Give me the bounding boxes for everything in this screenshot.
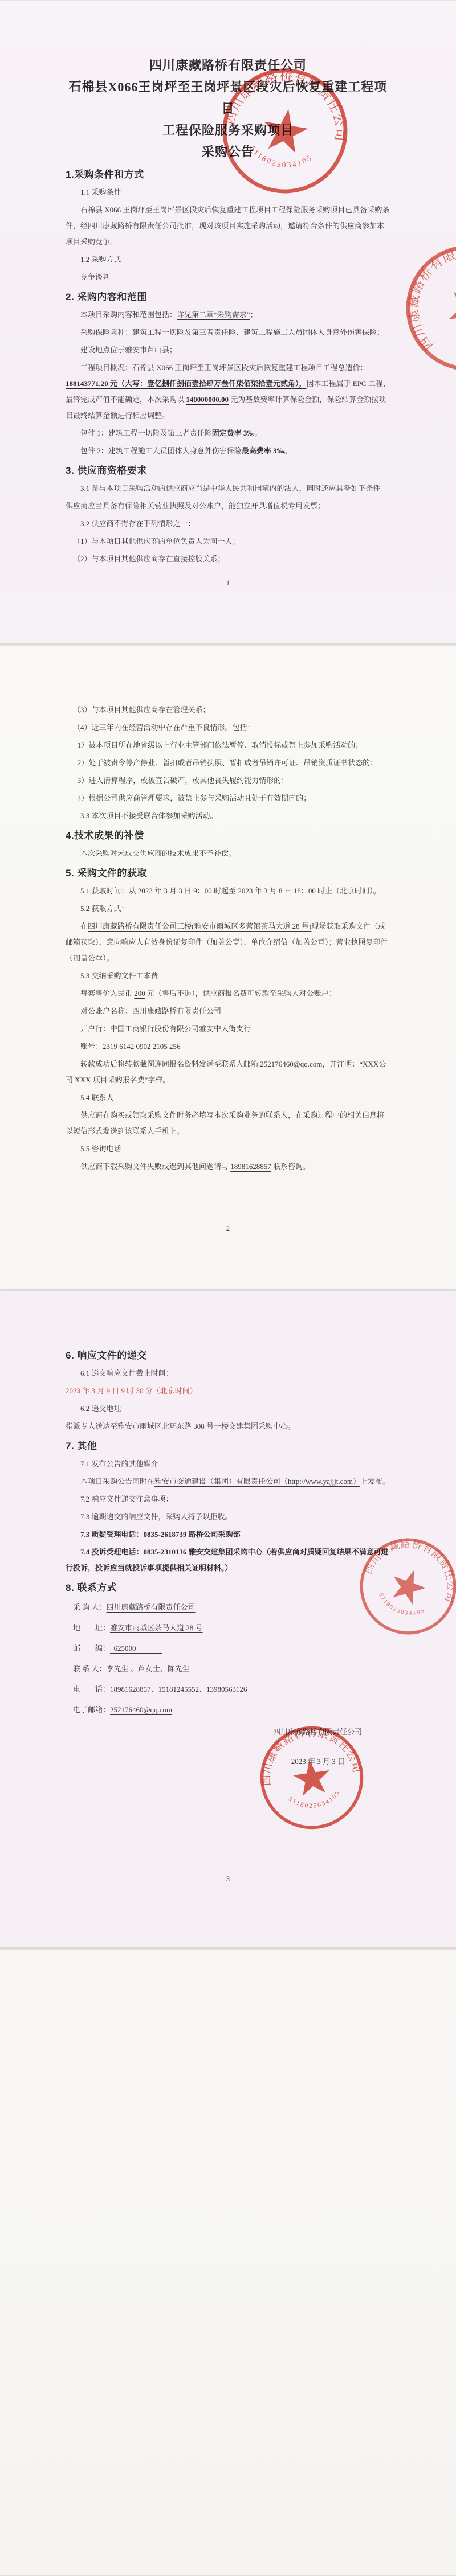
- document-page-4: [0, 1950, 456, 2575]
- text-segment: 日 18：00 时止（北京时间）。: [282, 887, 380, 895]
- text-segment: 联 系 人：: [73, 1664, 107, 1673]
- text-segment: 3）进入清算程序，或被宣告破产，或其他丧失履约能力情形的；: [78, 776, 289, 785]
- text-segment: 本次采购对未成交供应商的技术成果不予补偿。: [80, 849, 236, 858]
- text-segment: 李先生 、芦女士、陈先生: [107, 1664, 190, 1673]
- text-segment: 2. 采购内容和范围: [66, 292, 147, 302]
- doc-item2: 3）进入清算程序，或被宣告破产，或其他丧失履约能力情形的；: [66, 773, 390, 789]
- text-segment: 建设地点位于: [80, 346, 125, 354]
- scanned-document: 四川康藏路桥有限责任公司石棉县X066王岗坪至王岗坪景区段灾后恢复重建工程项目工…: [0, 0, 456, 2576]
- text-segment: 2023 年 3 月 3 日: [291, 1757, 345, 1766]
- text-segment: 雅安市雨城区茶马大道 28 号: [110, 1623, 203, 1632]
- text-segment: 四川康藏路桥有限责任公司: [273, 1728, 362, 1736]
- text-segment: 四川康藏路桥有限责任公司三楼(雅安市雨城区多营镇茶马大道 28 号): [88, 922, 311, 930]
- doc-line: 1.1 采购条件: [66, 184, 390, 200]
- doc-flush: 2023 年 3 月 9 日 9 时 30 分（北京时间）: [66, 1383, 390, 1399]
- text-segment: 雅安市芦山县: [125, 346, 169, 354]
- text-segment: 联系咨询。: [271, 1162, 310, 1171]
- page-number: 1: [0, 579, 456, 588]
- doc-para: 在四川康藏路桥有限责任公司三楼(雅安市雨城区多营镇茶马大道 28 号)现场获取采…: [66, 918, 390, 966]
- text-segment: 7.1 发布公告的其他媒介: [80, 1459, 158, 1468]
- doc-contact: 采 购 人：四川康藏路桥有限责任公司: [66, 1598, 390, 1617]
- text-segment: 转款成功后将转款截图连同报名资料发送至联系人邮箱 252176460@qq.co…: [66, 1060, 386, 1084]
- doc-para: 3.1 参与本项目采购活动的供应商应当是中华人民共和国境内的法人，同时还应具备如…: [66, 481, 390, 497]
- signature-date: 2023 年 3 月 3 日: [66, 1753, 390, 1770]
- text-segment: 四川康藏路桥有限责任公司: [149, 58, 307, 72]
- doc-para: 工程项目概况：石棉县 X066 王岗坪至王岗坪景区段灾后恢复重建工程项目工程总造…: [66, 360, 390, 424]
- doc-line: 6.2 递交地址: [66, 1401, 390, 1417]
- doc-line: 3.3 本次项目不接受联合体参加采购活动。: [66, 808, 390, 824]
- text-segment: 7.4 投诉受理电话：0835-2310136 雅安交建集团采购中心（若供应商对…: [66, 1548, 389, 1572]
- doc-h2: 8. 联系方式: [66, 1580, 390, 1595]
- text-segment: 1.1 采购条件: [80, 188, 121, 196]
- text-segment: 625000: [110, 1644, 162, 1652]
- text-segment: 月: [168, 887, 179, 895]
- doc-para: 本项目采购公告同时在雅安市交通建设（集团）有限责任公司（http://www.y…: [66, 1474, 390, 1490]
- text-segment: 指派专人送达至: [66, 1422, 117, 1430]
- text-segment: 1.2 采购方式: [80, 255, 121, 264]
- text-segment: 年: [153, 887, 164, 895]
- doc-para: 转款成功后将转款截图连同报名资料发送至联系人邮箱 252176460@qq.co…: [66, 1056, 390, 1088]
- text-segment: 本项目采购内容和范围包括：: [80, 310, 177, 319]
- doc-line: 采购保险险种：建筑工程一切险及第三者责任险、建筑工程施工人员团体人身意外伤害保险…: [66, 325, 390, 341]
- doc-para: 供应商在购买或领取采购文件时务必填写本次采购业务的联系人，在采购过程中的相关信息…: [66, 1107, 390, 1139]
- text-segment: 2023: [238, 887, 253, 895]
- text-segment: 工程保险服务采购项目: [162, 123, 294, 137]
- doc-para: 石棉县 X066 王岗坪至王岗坪景区段灾后恢复重建工程项目工程保险服务采购项目已…: [66, 202, 390, 250]
- doc-item2: 4）根据公司供应商管理要求，被禁止参与采购活动且处于有效期内的；: [66, 790, 390, 806]
- doc-title-project: 石棉县X066王岗坪至王岗坪景区段灾后恢复重建工程项目: [66, 76, 390, 120]
- doc-line: 竞争谈判: [66, 269, 390, 285]
- doc-line: 7.2 响应文件递交注意事项：: [66, 1491, 390, 1507]
- text-segment: 采购保险险种：建筑工程一切险及第三者责任险、建筑工程施工人员团体人身意外伤害保险…: [80, 328, 384, 337]
- doc-item2: 1）被本项目所在地省级以上行业主管部门依法暂停、取消投标或禁止参加采购活动的；: [66, 737, 390, 753]
- doc-line: 7.3 逾期递交的响应文件，采购人将予以拒收。: [66, 1509, 390, 1525]
- doc-contact: 地 址：雅安市雨城区茶马大道 28 号: [66, 1618, 390, 1637]
- doc-line: 建设地点位于雅安市芦山县；: [66, 342, 390, 358]
- text-segment: 5.1 获取时间：从: [80, 887, 138, 895]
- doc-item: （2）与本项目其他供应商存在直接控股关系；: [66, 551, 390, 567]
- doc-h2: 2. 采购内容和范围: [66, 289, 390, 305]
- text-segment: 5.2 获取方式：: [80, 904, 129, 913]
- doc-line: 5.2 获取方式：: [66, 901, 390, 917]
- text-segment: 8. 联系方式: [66, 1582, 117, 1593]
- text-segment: 7.3 质疑受理电话：0835-2618739 路桥公司采购部: [80, 1530, 241, 1539]
- text-segment: 邮 编：: [73, 1644, 110, 1652]
- text-segment: ；: [255, 429, 262, 437]
- text-segment: 元（售后不退），供应商报名费可转款至采购人对公账户：: [145, 989, 336, 998]
- doc-h2: 4.技术成果的补偿: [66, 828, 390, 843]
- doc-flush: 供应商应当具备有保险相关营业执照及对公账户，能独立开具增值税专用发票；: [66, 498, 390, 514]
- doc-line: 1.2 采购方式: [66, 252, 390, 268]
- text-segment: （1）与本项目其他供应商的单位负责人为同一人；: [73, 537, 240, 545]
- doc-line: 开户行：中国工商银行股份有限公司雅安中大街支行: [66, 1021, 390, 1037]
- text-segment: 上发布。: [360, 1477, 390, 1486]
- doc-contact: 电子邮箱：252176460@qq.com: [66, 1700, 390, 1719]
- text-segment: 140000000.00: [186, 395, 229, 404]
- text-segment: 5. 采购文件的获取: [66, 868, 147, 879]
- text-segment: 200: [134, 989, 145, 998]
- text-segment: 包件 1：建筑工程一切险及第三者责任险: [80, 429, 212, 437]
- doc-item: （4）近三年内在经营活动中存在严重不良情形。包括：: [66, 720, 390, 736]
- text-segment: 包件 2：建筑工程施工人员团体人身意外伤害保险: [80, 446, 242, 455]
- doc-line: 包件 2：建筑工程施工人员团体人身意外伤害保险最高费率 3‰。: [66, 443, 390, 459]
- doc-h2: 6. 响应文件的递交: [66, 1348, 390, 1363]
- text-segment: 在: [80, 922, 88, 930]
- doc-line: 每套售价人民币 200 元（售后不退），供应商报名费可转款至采购人对公账户：: [66, 986, 390, 1002]
- doc-line: 7.1 发布公告的其他媒介: [66, 1456, 390, 1472]
- text-segment: 对公账户名称：四川康藏路桥有限责任公司: [80, 1007, 221, 1015]
- doc-line: 5.3 交纳采购文件工本费: [66, 968, 390, 984]
- text-segment: 日 9：00 时起至: [182, 887, 238, 895]
- text-segment: 4.技术成果的补偿: [66, 830, 144, 841]
- text-segment: 采购公告: [202, 145, 254, 159]
- text-segment: 开户行：中国工商银行股份有限公司雅安中大街支行: [80, 1024, 251, 1033]
- text-segment: 供应商下载采购文件失败或遇到其他问题请与: [80, 1162, 230, 1171]
- doc-line: 账号：2319 6142 0902 2105 256: [66, 1039, 390, 1055]
- text-segment: 5.3 交纳采购文件工本费: [80, 971, 158, 980]
- text-segment: 电 话：: [73, 1685, 110, 1693]
- text-segment: （4）近三年内在经营活动中存在严重不良情形。包括：: [73, 723, 255, 732]
- doc-line: 包件 1：建筑工程一切险及第三者责任险固定费率 3‰；: [66, 425, 390, 441]
- text-segment: 2023: [138, 887, 153, 895]
- doc-contact: 联 系 人：李先生 、芦女士、陈先生: [66, 1659, 390, 1678]
- text-segment: 每套售价人民币: [80, 989, 134, 998]
- text-segment: 竞争谈判: [80, 273, 110, 281]
- text-segment: 7.3 逾期递交的响应文件，采购人将予以拒收。: [80, 1512, 233, 1521]
- text-segment: 3.3 本次项目不接受联合体参加采购活动。: [80, 811, 218, 820]
- text-segment: 2）处于被责令停产停业、暂扣或者吊销执照、暂扣或者吊销许可证、吊销资质证书状态的…: [78, 758, 378, 767]
- text-segment: 7. 其他: [66, 1441, 97, 1451]
- document-page-1: 四川康藏路桥有限责任公司石棉县X066王岗坪至王岗坪景区段灾后恢复重建工程项目工…: [0, 1, 456, 643]
- text-segment: 18981628857: [230, 1162, 271, 1171]
- doc-contact: 邮 编： 625000: [66, 1639, 390, 1658]
- text-segment: 3. 供应商资格要求: [66, 465, 147, 476]
- text-segment: 3.2 供应商不得存在下列情形之一：: [80, 519, 196, 528]
- doc-line: 对公账户名称：四川康藏路桥有限责任公司: [66, 1003, 390, 1019]
- text-segment: ；: [169, 346, 177, 354]
- text-segment: 本项目采购公告同时在: [80, 1477, 154, 1486]
- signature-company: 四川康藏路桥有限责任公司: [66, 1724, 390, 1741]
- text-segment: 采 购 人：: [73, 1603, 107, 1611]
- page-number: 2: [0, 1225, 456, 1233]
- text-segment: （3）与本项目其他供应商存在管理关系；: [73, 705, 210, 714]
- doc-contact: 电 话：18981628857、15181245552、13980563126: [66, 1680, 390, 1699]
- text-segment: 1）被本项目所在地省级以上行业主管部门依法暂停、取消投标或禁止参加采购活动的；: [78, 741, 363, 749]
- text-segment: 7.2 响应文件递交注意事项：: [80, 1495, 173, 1503]
- document-page-3: 6. 响应文件的递交6.1 递交响应文件截止时间：2023 年 3 月 9 日 …: [0, 1291, 456, 1947]
- text-segment: 18981628857、15181245552、13980563126: [110, 1685, 247, 1693]
- doc-line: 5.1 获取时间：从 2023 年 3 月 3 日 9：00 时起至 2023 …: [66, 883, 390, 899]
- text-segment: 供应商在购买或领取采购文件时务必填写本次采购业务的联系人，在采购过程中的相关信息…: [66, 1111, 384, 1135]
- page-number: 3: [0, 1875, 456, 1884]
- text-segment: 5.4 联系人: [80, 1093, 114, 1102]
- text-segment: （北京时间）: [153, 1387, 197, 1395]
- text-segment: 5.5 咨询电话: [80, 1145, 121, 1153]
- text-segment: 最高费率 3‰: [242, 446, 284, 455]
- doc-line: 本项目采购内容和范围包括：详见第二章“采购需求”；: [66, 307, 390, 323]
- doc-line: 3.2 供应商不得存在下列情形之一：: [66, 516, 390, 532]
- text-segment: 四川康藏路桥有限责任公司: [107, 1603, 196, 1611]
- doc-item: （1）与本项目其他供应商的单位负责人为同一人；: [66, 534, 390, 549]
- text-segment: 188143771.20 元（大写：壹亿捌仟捌佰壹拾肆万叁仟柒佰柒拾壹元贰角），: [66, 379, 307, 388]
- text-segment: 地 址：: [73, 1623, 110, 1632]
- text-segment: 工程项目概况：石棉县 X066 王岗坪至王岗坪景区段灾后恢复重建工程项目工程总造…: [80, 363, 367, 372]
- doc-line: 5.4 联系人: [66, 1090, 390, 1106]
- doc-title-type: 采购公告: [66, 141, 390, 163]
- doc-h2: 5. 采购文件的获取: [66, 865, 390, 881]
- doc-item: （3）与本项目其他供应商存在管理关系；: [66, 702, 390, 718]
- doc-line: 7.3 质疑受理电话：0835-2618739 路桥公司采购部: [66, 1527, 390, 1543]
- doc-flush: 指派专人送达至雅安市雨城区北环东路 308 号一楼交建集团采购中心。: [66, 1418, 390, 1434]
- text-segment: 雅安市交通建设（集团）有限责任公司（http://www.yajjjt.com）: [154, 1477, 360, 1486]
- text-segment: 6.1 递交响应文件截止时间：: [80, 1369, 173, 1377]
- text-segment: 。: [284, 446, 292, 455]
- doc-h2: 1.采购条件和方式: [66, 167, 390, 182]
- doc-h2: 3. 供应商资格要求: [66, 463, 390, 478]
- text-segment: 石棉县X066王岗坪至王岗坪景区段灾后恢复重建工程项目: [69, 80, 388, 116]
- text-segment: ；: [250, 310, 258, 319]
- text-segment: 雅安市雨城区北环东路 308 号一楼交建集团采购中心。: [117, 1422, 295, 1430]
- text-segment: 供应商应当具备有保险相关营业执照及对公账户，能独立开具增值税专用发票；: [66, 502, 325, 510]
- text-segment: 电子邮箱：: [73, 1705, 110, 1714]
- text-segment: 1.采购条件和方式: [66, 169, 144, 180]
- doc-para: 7.4 投诉受理电话：0835-2310136 雅安交建集团采购中心（若供应商对…: [66, 1544, 390, 1576]
- doc-line: 本次采购对未成交供应商的技术成果不予补偿。: [66, 846, 390, 862]
- text-segment: 4）根据公司供应商管理要求，被禁止参与采购活动且处于有效期内的；: [78, 794, 311, 802]
- text-segment: （2）与本项目其他供应商存在直接控股关系；: [73, 555, 225, 563]
- text-segment: 6.2 递交地址: [80, 1404, 121, 1413]
- text-segment: 3.1 参与本项目采购活动的供应商应当是中华人民共和国境内的法人，同时还应具备如…: [80, 484, 388, 493]
- text-segment: 年: [253, 887, 264, 895]
- text-segment: 详见第二章“采购需求”: [177, 310, 250, 319]
- document-page-2: （3）与本项目其他供应商存在管理关系；（4）近三年内在经营活动中存在严重不良情形…: [0, 646, 456, 1289]
- doc-line: 5.5 咨询电话: [66, 1141, 390, 1157]
- doc-item2: 2）处于被责令停产停业、暂扣或者吊销执照、暂扣或者吊销许可证、吊销资质证书状态的…: [66, 755, 390, 771]
- doc-line: 6.1 递交响应文件截止时间：: [66, 1365, 390, 1381]
- text-segment: 月: [267, 887, 279, 895]
- text-segment: 2023 年 3 月 9 日 9 时 30 分: [66, 1387, 153, 1395]
- text-segment: 252176460@qq.com: [110, 1705, 172, 1714]
- doc-title-company: 四川康藏路桥有限责任公司: [66, 55, 390, 76]
- text-segment: 石棉县 X066 王岗坪至王岗坪景区段灾后恢复重建工程项目工程保险服务采购项目已…: [66, 206, 389, 246]
- text-segment: 固定费率 3‰: [212, 429, 255, 437]
- text-segment: 账号：2319 6142 0902 2105 256: [80, 1042, 181, 1051]
- text-segment: 6. 响应文件的递交: [66, 1350, 147, 1361]
- doc-title-subject: 工程保险服务采购项目: [66, 120, 390, 141]
- doc-h2: 7. 其他: [66, 1438, 390, 1454]
- doc-line: 供应商下载采购文件失败或遇到其他问题请与 18981628857 联系咨询。: [66, 1159, 390, 1175]
